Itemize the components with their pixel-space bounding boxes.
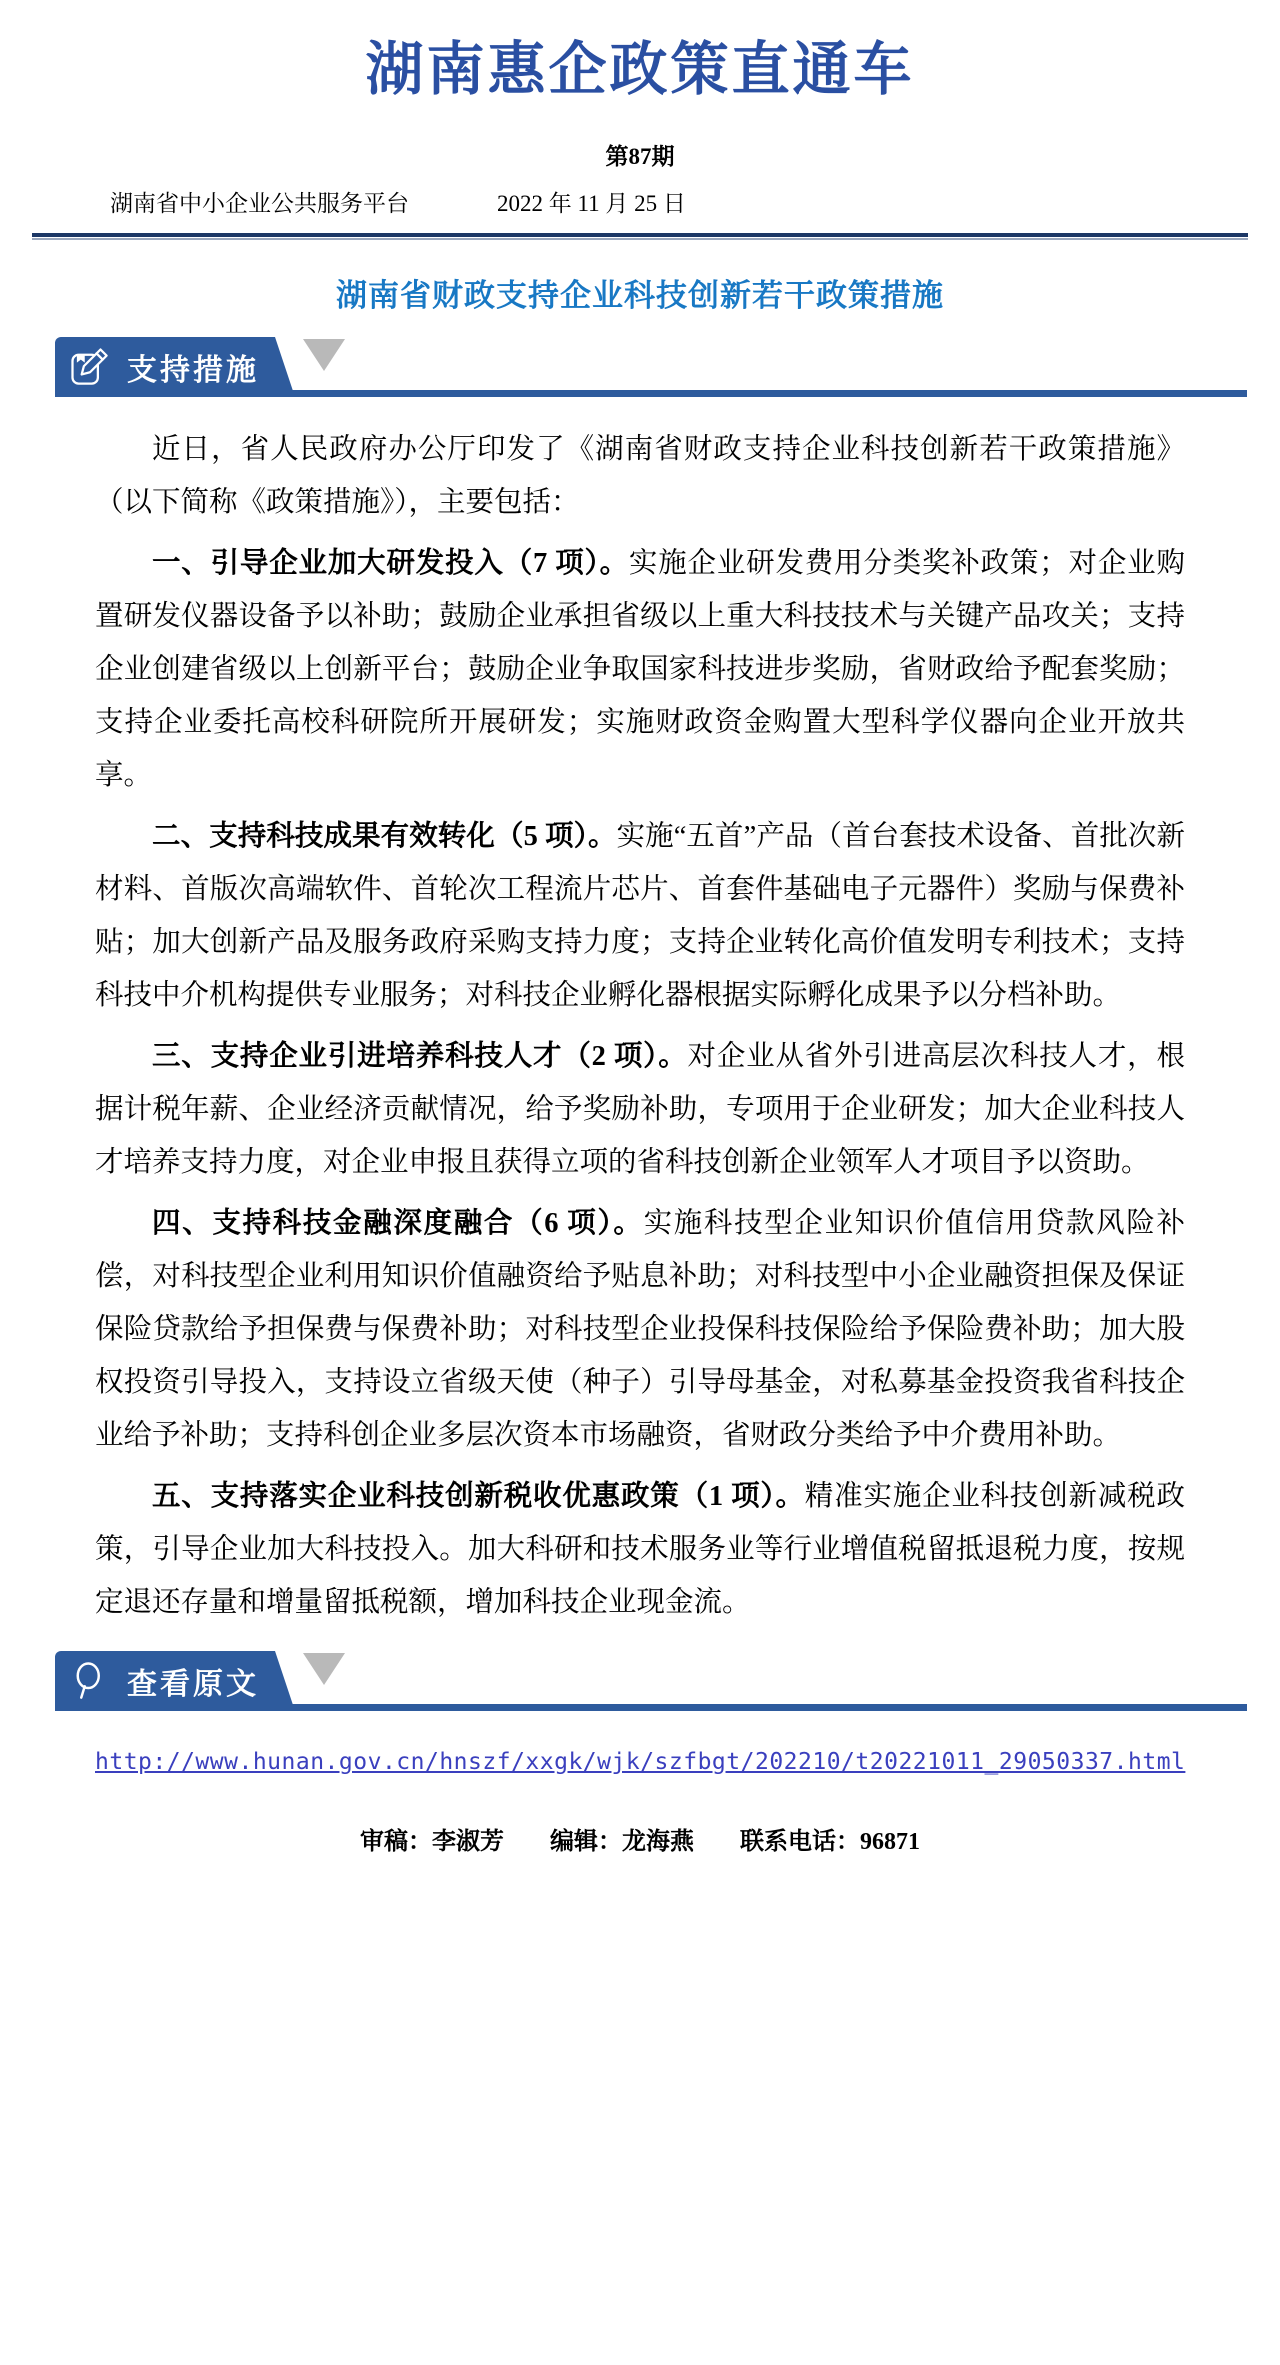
banner-triangle-icon xyxy=(303,339,345,371)
paragraph-text: 实施企业研发费用分类奖补政策；对企业购置研发仪器设备予以补助；鼓励企业承担省级以… xyxy=(95,548,1185,791)
edit-icon xyxy=(69,346,111,388)
publisher-name: 湖南省中小企业公共服务平台 xyxy=(110,185,409,218)
banner-triangle-icon xyxy=(303,1653,345,1685)
footer-item: 审稿：李淑芳 xyxy=(360,1821,504,1856)
section-banner-measures: 支持措施 xyxy=(55,337,1247,397)
footer-item: 编辑：龙海燕 xyxy=(550,1821,694,1856)
body-paragraph: 五、支持落实企业科技创新税收优惠政策（1 项）。精准实施企业科技创新减税政策，引… xyxy=(95,1470,1185,1629)
doc-footer: 审稿：李淑芳编辑：龙海燕联系电话：96871 xyxy=(0,1821,1280,1856)
masthead-info-row: 湖南省中小企业公共服务平台 2022 年 11 月 25 日 xyxy=(0,185,1280,217)
source-url-row: http://www.hunan.gov.cn/hnszf/xxgk/wjk/s… xyxy=(0,1749,1280,1775)
divider-light-bar xyxy=(32,238,1248,240)
paragraph-lead: 二、支持科技成果有效转化（5 项）。 xyxy=(152,821,617,852)
section-label-source: 查看原文 xyxy=(127,1659,259,1703)
header-divider xyxy=(32,233,1248,240)
paragraph-lead: 五、支持落实企业科技创新税收优惠政策（1 项）。 xyxy=(152,1481,805,1512)
body-paragraph: 近日，省人民政府办公厅印发了《湖南省财政支持企业科技创新若干政策措施》（以下简称… xyxy=(95,423,1185,529)
newsletter-title: 湖南惠企政策直通车 xyxy=(0,0,1280,106)
section-label-measures: 支持措施 xyxy=(127,345,259,389)
publish-date: 2022 年 11 月 25 日 xyxy=(497,185,686,218)
banner-tab-source: 查看原文 xyxy=(55,1651,295,1711)
article-body: 近日，省人民政府办公厅印发了《湖南省财政支持企业科技创新若干政策措施》（以下简称… xyxy=(0,397,1280,1629)
source-url-link[interactable]: http://www.hunan.gov.cn/hnszf/xxgk/wjk/s… xyxy=(95,1749,1185,1775)
paragraph-lead: 三、支持企业引进培养科技人才（2 项）。 xyxy=(152,1041,688,1072)
paragraph-lead: 一、引导企业加大研发投入（7 项）。 xyxy=(152,548,629,579)
magnifier-icon xyxy=(69,1660,111,1702)
body-paragraph: 二、支持科技成果有效转化（5 项）。实施“五首”产品（首台套技术设备、首批次新材… xyxy=(95,810,1185,1022)
divider-dark-bar xyxy=(32,233,1248,237)
section-banner-source: 查看原文 xyxy=(55,1651,1247,1711)
issue-number: 第87期 xyxy=(0,138,1280,171)
body-paragraph: 四、支持科技金融深度融合（6 项）。实施科技型企业知识价值信用贷款风险补偿，对科… xyxy=(95,1197,1185,1462)
paragraph-text: 实施科技型企业知识价值信用贷款风险补偿，对科技型企业利用知识价值融资给予贴息补助… xyxy=(95,1208,1185,1451)
paragraph-lead: 四、支持科技金融深度融合（6 项）。 xyxy=(152,1208,644,1239)
paragraph-text: 近日，省人民政府办公厅印发了《湖南省财政支持企业科技创新若干政策措施》（以下简称… xyxy=(95,434,1185,518)
banner-tab-measures: 支持措施 xyxy=(55,337,295,397)
article-title: 湖南省财政支持企业科技创新若干政策措施 xyxy=(0,270,1280,315)
body-paragraph: 一、引导企业加大研发投入（7 项）。实施企业研发费用分类奖补政策；对企业购置研发… xyxy=(95,537,1185,802)
footer-item: 联系电话：96871 xyxy=(740,1821,920,1856)
body-paragraph: 三、支持企业引进培养科技人才（2 项）。对企业从省外引进高层次科技人才，根据计税… xyxy=(95,1030,1185,1189)
